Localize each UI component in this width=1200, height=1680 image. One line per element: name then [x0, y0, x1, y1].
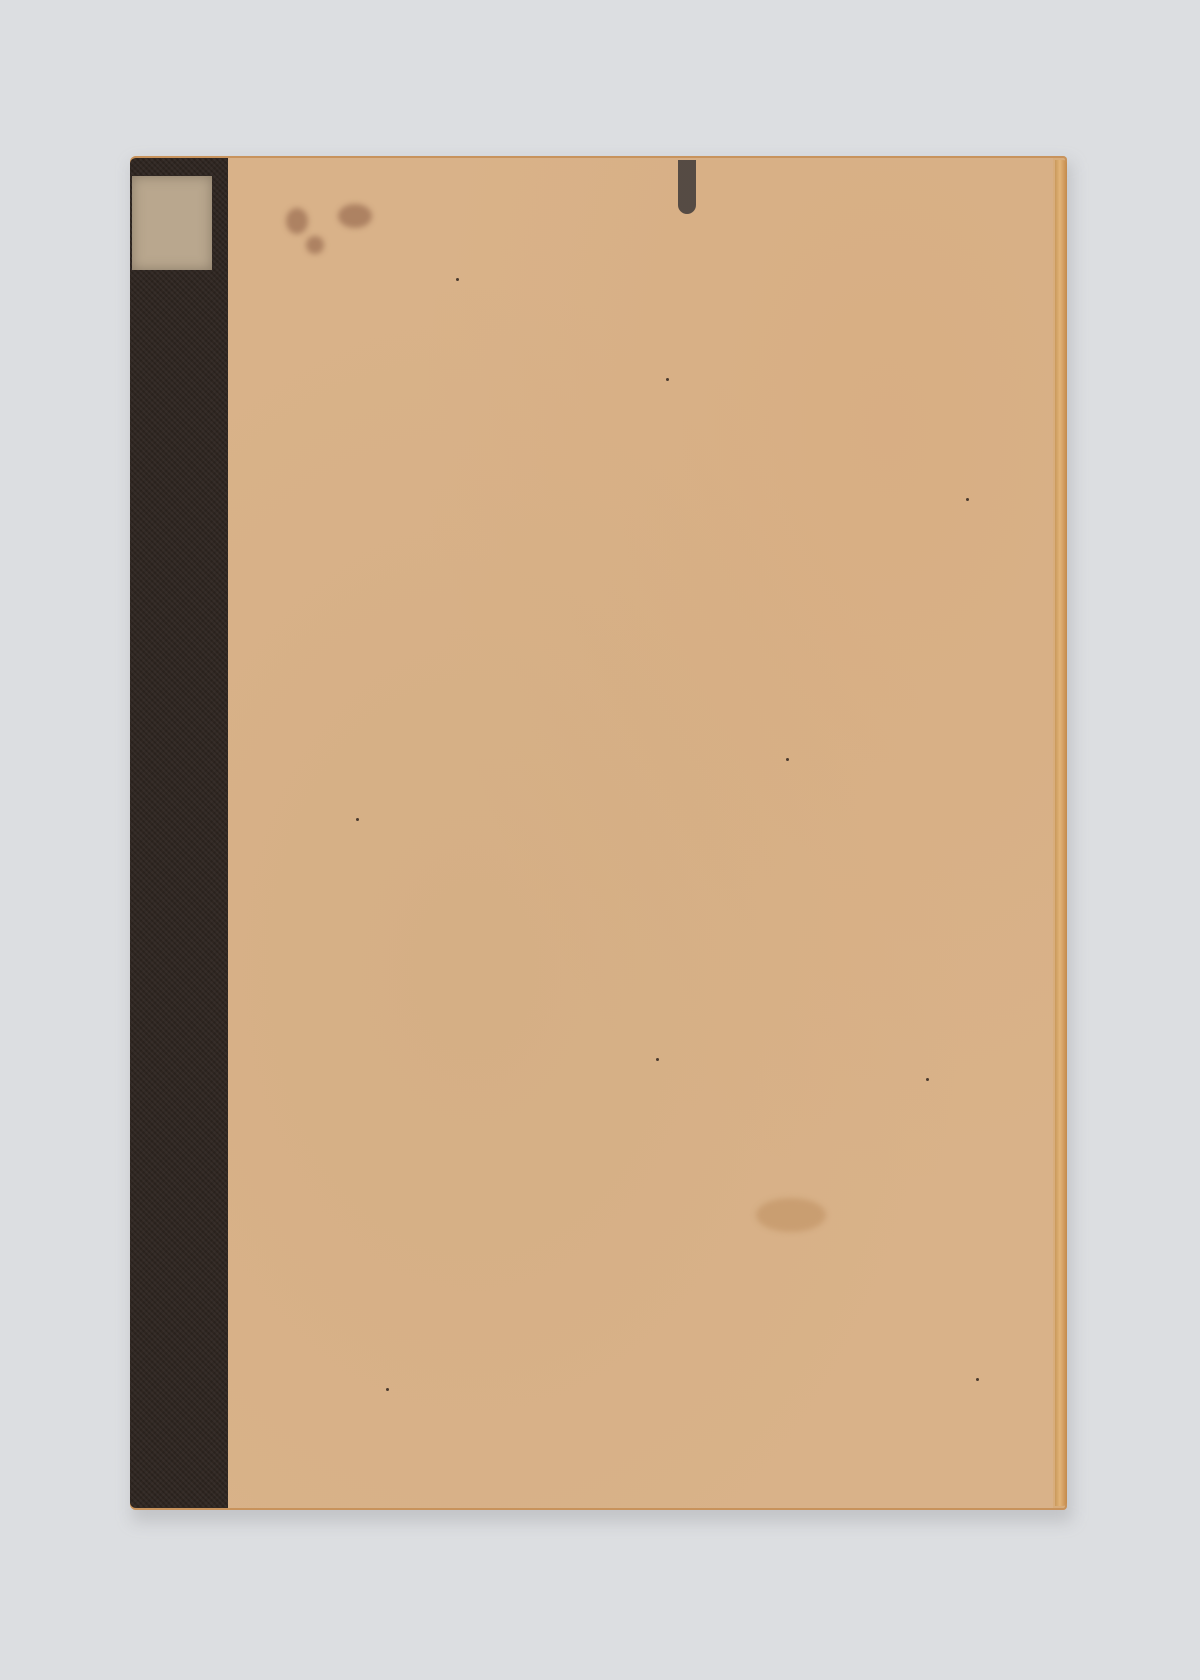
front-cover — [226, 158, 1053, 1508]
book — [130, 156, 1067, 1510]
stain — [756, 1198, 826, 1232]
speck — [926, 1078, 929, 1081]
speck — [976, 1378, 979, 1381]
speck — [786, 758, 789, 761]
speck — [966, 498, 969, 501]
speck — [656, 1058, 659, 1061]
stain — [286, 208, 308, 234]
stain — [338, 204, 372, 228]
ink-mark — [678, 160, 696, 214]
speck — [666, 378, 669, 381]
speck — [356, 818, 359, 821]
speck — [456, 278, 459, 281]
page-edge — [1055, 160, 1067, 1506]
cloth-spine — [130, 158, 228, 1508]
speck — [386, 1388, 389, 1391]
stain — [306, 236, 324, 254]
spine-label-patch — [132, 176, 212, 270]
